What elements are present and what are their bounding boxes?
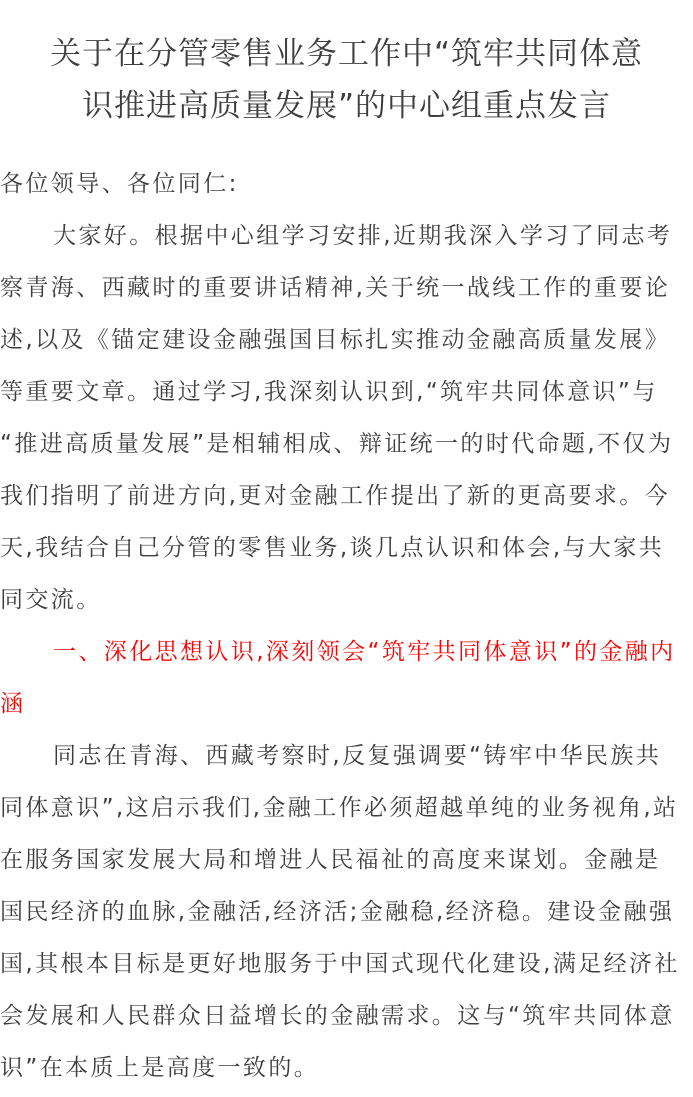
paragraph-line: 天,我结合自己分管的零售业务,谈几点认识和体会,与大家共 [0,522,693,574]
title-line-2: 识推进高质量发展”的中心组重点发言 [0,80,693,132]
paragraph-line: 在服务国家发展大局和增进人民福祉的高度来谋划。金融是 [0,834,693,886]
intro-paragraph: 大家好。根据中心组学习安排,近期我深入学习了同志考 察青海、西藏时的重要讲话精神… [0,210,693,626]
paragraph-line: 同体意识”,这启示我们,金融工作必须超越单纯的业务视角,站 [0,782,693,834]
salutation-text: 各位领导、各位同仁: [0,158,693,210]
paragraph-line: “推进高质量发展”是相辅相成、辩证统一的时代命题,不仅为 [0,418,693,470]
salutation: 各位领导、各位同仁: [0,158,693,210]
paragraph-line: 述,以及《锚定建设金融强国目标扎实推动金融高质量发展》 [0,314,693,366]
paragraph-line: 识”在本质上是高度一致的。 [0,1042,693,1094]
article-title: 关于在分管零售业务工作中“筑牢共同体意 识推进高质量发展”的中心组重点发言 [0,0,693,132]
section-1-heading: 一、深化思想认识,深刻领会“筑牢共同体意识”的金融内 涵 [0,626,693,730]
paragraph-line: 我们指明了前进方向,更对金融工作提出了新的更高要求。今 [0,470,693,522]
section-1-paragraph: 同志在青海、西藏考察时,反复强调要“铸牢中华民族共 同体意识”,这启示我们,金融… [0,730,693,1094]
paragraph-line: 等重要文章。通过学习,我深刻认识到,“筑牢共同体意识”与 [0,366,693,418]
paragraph-line: 同交流。 [0,574,693,626]
article: 关于在分管零售业务工作中“筑牢共同体意 识推进高质量发展”的中心组重点发言 各位… [0,0,693,1094]
paragraph-line: 会发展和人民群众日益增长的金融需求。这与“筑牢共同体意 [0,990,693,1042]
paragraph-line: 大家好。根据中心组学习安排,近期我深入学习了同志考 [0,210,693,262]
paragraph-line: 国民经济的血脉,金融活,经济活;金融稳,经济稳。建设金融强 [0,886,693,938]
section-heading-line: 涵 [0,678,693,730]
paragraph-line: 同志在青海、西藏考察时,反复强调要“铸牢中华民族共 [0,730,693,782]
article-body: 各位领导、各位同仁: 大家好。根据中心组学习安排,近期我深入学习了同志考 察青海… [0,158,693,1094]
paragraph-line: 察青海、西藏时的重要讲话精神,关于统一战线工作的重要论 [0,262,693,314]
title-line-1: 关于在分管零售业务工作中“筑牢共同体意 [0,28,693,80]
section-heading-line: 一、深化思想认识,深刻领会“筑牢共同体意识”的金融内 [0,626,693,678]
paragraph-line: 国,其根本目标是更好地服务于中国式现代化建设,满足经济社 [0,938,693,990]
